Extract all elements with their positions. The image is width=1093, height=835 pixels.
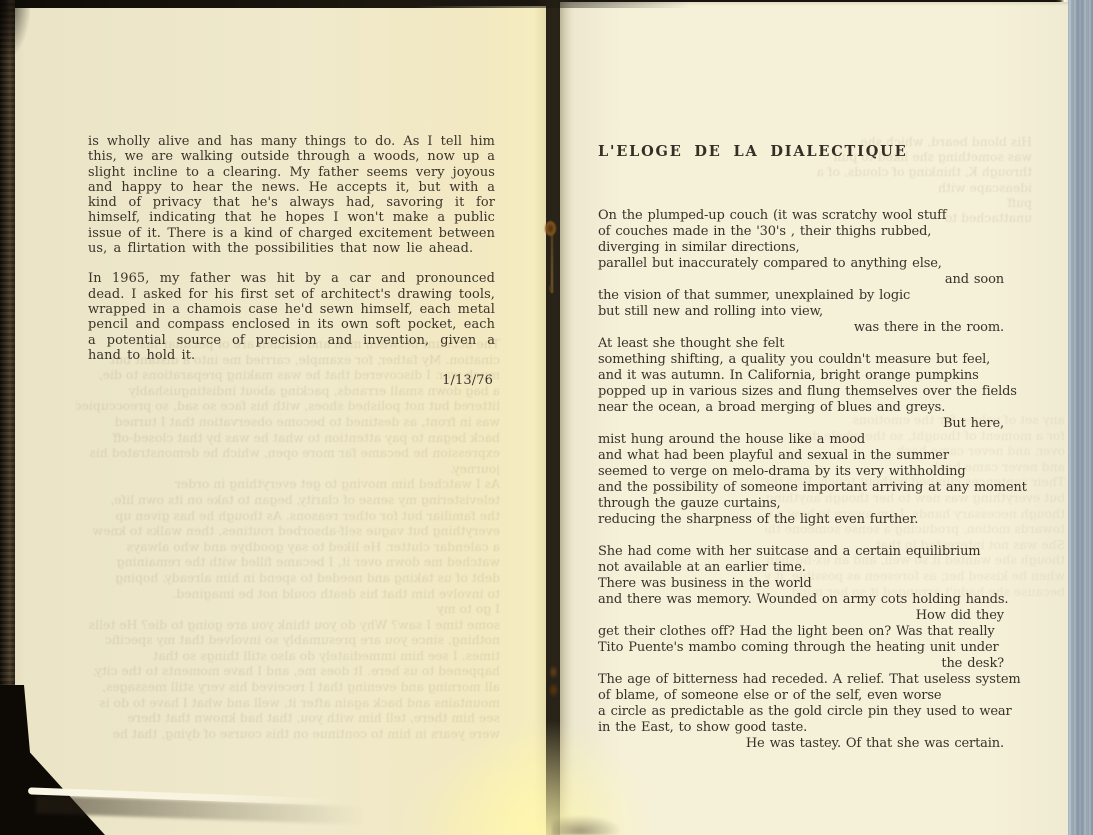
- bleedthrough-line: journey.: [76, 461, 500, 477]
- bleedthrough-line: a calendar clutter. He liked to say good…: [76, 539, 500, 555]
- poem-line: diverging in similar directions,: [598, 240, 1004, 256]
- poem-line: something shifting, a quality you couldn…: [598, 352, 1004, 368]
- prose-paragraph: is wholly alive and has many things to d…: [88, 134, 495, 256]
- poem-line: mist hung around the house like a mood: [598, 432, 1004, 448]
- poem-line: The age of bitterness had receded. A rel…: [598, 672, 1004, 688]
- prose-block: is wholly alive and has many things to d…: [88, 134, 495, 388]
- bleedthrough-line: As I watched him moving to get everythin…: [76, 476, 500, 492]
- poem-line: get their clothes off? Had the light bee…: [598, 624, 1004, 640]
- poem-line: was there in the room.: [598, 320, 1004, 336]
- poem-line: popped up in various sizes and flung the…: [598, 384, 1004, 400]
- poem-line: On the plumped-up couch (it was scratchy…: [598, 208, 1004, 224]
- poem-line: through the gauze curtains,: [598, 496, 1004, 512]
- poem-line: near the ocean, a broad merging of blues…: [598, 400, 1004, 416]
- poem-line: [598, 528, 1004, 544]
- poem-line: There was business in the world: [598, 576, 1004, 592]
- poem-line: not available at an earlier time.: [598, 560, 1004, 576]
- date-stamp: 1/13/76: [88, 373, 495, 388]
- poem-line: seemed to verge on melo-drama by its ver…: [598, 464, 1004, 480]
- left-top-corner-shadow: [0, 0, 30, 60]
- poem-line: of blame, of someone else or of the self…: [598, 688, 1004, 704]
- bleedthrough-line: everything but vague self-absorbed routi…: [76, 523, 500, 539]
- poem-line: but still new and rolling into view,: [598, 304, 1004, 320]
- bleedthrough-line: debt of us taking and needed to spend in…: [76, 570, 500, 586]
- poem-line: reducing the sharpness of the light even…: [598, 512, 1004, 528]
- bleedthrough-line: ideascape with: [812, 180, 1032, 195]
- poem-line: But here,: [598, 416, 1004, 432]
- poem-line: of couches made in the '30's , their thi…: [598, 224, 1004, 240]
- bleedthrough-line: the familiar but for other reasons. As t…: [76, 508, 500, 524]
- bleedthrough-line: was in front, as destined to become obse…: [76, 414, 500, 430]
- bleedthrough-line: I go to my: [76, 601, 500, 617]
- background-surface: [1064, 0, 1093, 835]
- bleedthrough-line: to involve him that his death could not …: [76, 586, 500, 602]
- book-spine-top-edge: [0, 0, 690, 8]
- poem-line: She had come with her suitcase and a cer…: [598, 544, 1004, 560]
- bleedthrough-line: some time I saw? Why do you think you ar…: [76, 617, 500, 633]
- bleedthrough-line: times. I see him immediately do also sti…: [76, 648, 500, 664]
- bleedthrough-line: all morning and evening that I received …: [76, 679, 500, 695]
- bleedthrough-line: through K, thinking of clouds, of a Geor…: [812, 164, 1032, 179]
- poem-line: in the East, to show good taste.: [598, 720, 1004, 736]
- bleedthrough-line: nothing, since you are presumably so inv…: [76, 632, 500, 648]
- open-book-scan: The account between men and women are of…: [0, 0, 1093, 835]
- gutter-stain-dot: [548, 284, 553, 293]
- right-page: His blond beard, which shewas something …: [560, 2, 1068, 835]
- left-page: The account between men and women are of…: [10, 6, 546, 835]
- poem-line: and what had been playful and sexual in …: [598, 448, 1004, 464]
- poem-line: and soon: [598, 272, 1004, 288]
- bleedthrough-line: mountains and back again after it, well …: [76, 695, 500, 711]
- poem: On the plumped-up couch (it was scratchy…: [598, 208, 1004, 752]
- poem-line: and it was autumn. In California, bright…: [598, 368, 1004, 384]
- bleedthrough-line: happened to us here. It does me, and I h…: [76, 663, 500, 679]
- poem-line: the vision of that summer, unexplained b…: [598, 288, 1004, 304]
- bleedthrough-line: littered but not polished shoes, with hi…: [76, 398, 500, 414]
- poem-line: and the possibility of someone important…: [598, 480, 1004, 496]
- poem-title: L'ELOGE DE LA DIALECTIQUE: [598, 143, 907, 160]
- bleedthrough-line: expression he became far more open, whic…: [76, 445, 500, 461]
- bleedthrough-text-left: The account between men and women are of…: [76, 336, 500, 741]
- poem-line: a circle as predictable as the gold circ…: [598, 704, 1004, 720]
- poem-line: the desk?: [598, 656, 1004, 672]
- poem-line: and there was memory. Wounded on army co…: [598, 592, 1004, 608]
- poem-line: He was tastey. Of that she was certain.: [598, 736, 1004, 752]
- book-gutter-shadow: [534, 0, 574, 835]
- poem-line: parallel but inaccurately compared to an…: [598, 256, 1004, 272]
- poem-line: How did they: [598, 608, 1004, 624]
- poem-line: At least she thought she felt: [598, 336, 1004, 352]
- gutter-bottom-smudge: [552, 815, 622, 835]
- bleedthrough-line: televistering my sense of clarity, began…: [76, 492, 500, 508]
- poem-line: Tito Puente's mambo coming through the h…: [598, 640, 1004, 656]
- prose-paragraph: In 1965, my father was hit by a car and …: [88, 271, 495, 363]
- gutter-stain-lower: [547, 662, 560, 702]
- bleedthrough-line: back began to pay attention to what he w…: [76, 430, 500, 446]
- bleedthrough-line: watched me down over it, I became filled…: [76, 554, 500, 570]
